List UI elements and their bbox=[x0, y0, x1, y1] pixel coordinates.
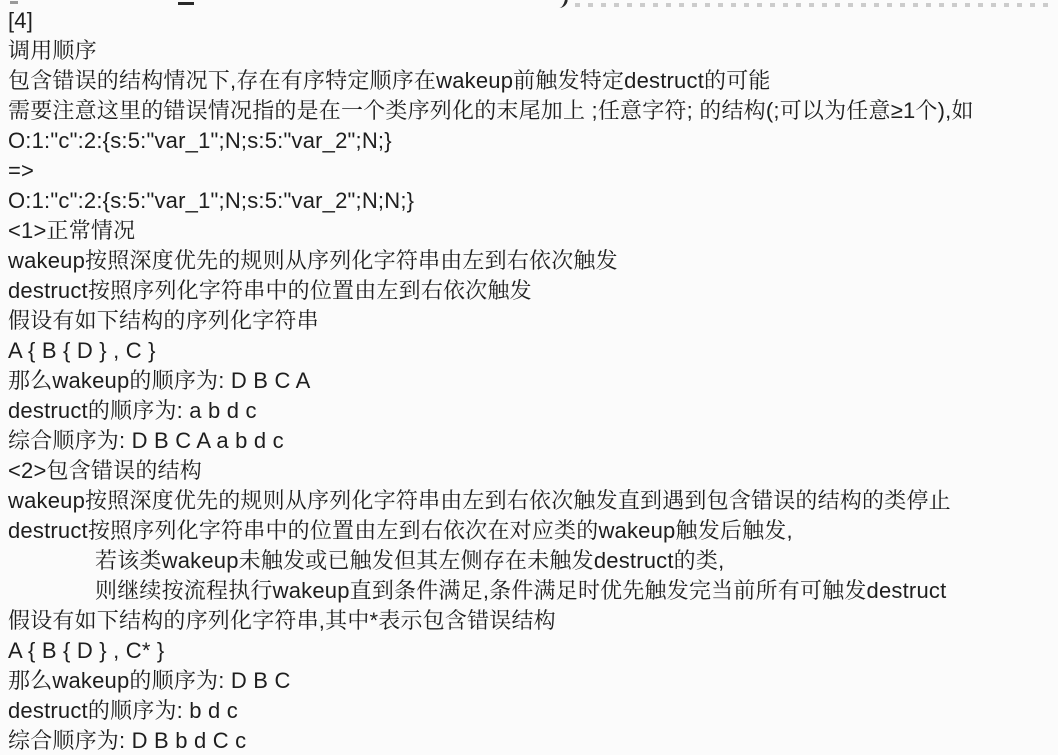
text-line: <1>正常情况 bbox=[0, 216, 1058, 246]
clipped-text-fragment bbox=[10, 1, 18, 4]
text-line: A { B { D } , C* } bbox=[0, 636, 1058, 666]
text-line: <2>包含错误的结构 bbox=[0, 456, 1058, 486]
text-line: 需要注意这里的错误情况指的是在一个类序列化的末尾加上 ;任意字符; 的结构(;可… bbox=[0, 96, 1058, 126]
text-line: 若该类wakeup未触发或已触发但其左侧存在未触发destruct的类, bbox=[0, 546, 1058, 576]
text-line: destruct的顺序为: b d c bbox=[0, 696, 1058, 726]
text-lines: [4]调用顺序包含错误的结构情况下,存在有序特定顺序在wakeup前触发特定de… bbox=[0, 6, 1058, 755]
text-line: wakeup按照深度优先的规则从序列化字符串由左到右依次触发 bbox=[0, 246, 1058, 276]
clipped-text-fragment bbox=[178, 2, 194, 5]
text-line: 综合顺序为: D B C A a b d c bbox=[0, 426, 1058, 456]
text-line: wakeup按照深度优先的规则从序列化字符串由左到右依次触发直到遇到包含错误的结… bbox=[0, 486, 1058, 516]
text-line: 调用顺序 bbox=[0, 36, 1058, 66]
text-line: A { B { D } , C } bbox=[0, 336, 1058, 366]
text-line: 假设有如下结构的序列化字符串,其中*表示包含错误结构 bbox=[0, 606, 1058, 636]
text-line: 那么wakeup的顺序为: D B C bbox=[0, 666, 1058, 696]
text-line: 那么wakeup的顺序为: D B C A bbox=[0, 366, 1058, 396]
text-line: 假设有如下结构的序列化字符串 bbox=[0, 306, 1058, 336]
text-line: => bbox=[0, 156, 1058, 186]
text-line: O:1:"c":2:{s:5:"var_1";N;s:5:"var_2";N;N… bbox=[0, 186, 1058, 216]
text-line: 包含错误的结构情况下,存在有序特定顺序在wakeup前触发特定destruct的… bbox=[0, 66, 1058, 96]
text-line: 则继续按流程执行wakeup直到条件满足,条件满足时优先触发完当前所有可触发de… bbox=[0, 576, 1058, 606]
text-line: destruct按照序列化字符串中的位置由左到右依次在对应类的wakeup触发后… bbox=[0, 516, 1058, 546]
text-line: O:1:"c":2:{s:5:"var_1";N;s:5:"var_2";N;} bbox=[0, 126, 1058, 156]
text-line: destruct按照序列化字符串中的位置由左到右依次触发 bbox=[0, 276, 1058, 306]
document-page: [4]调用顺序包含错误的结构情况下,存在有序特定顺序在wakeup前触发特定de… bbox=[0, 0, 1058, 755]
text-line: 综合顺序为: D B b d C c bbox=[0, 726, 1058, 755]
text-line: [4] bbox=[0, 6, 1058, 36]
text-line: destruct的顺序为: a b d c bbox=[0, 396, 1058, 426]
